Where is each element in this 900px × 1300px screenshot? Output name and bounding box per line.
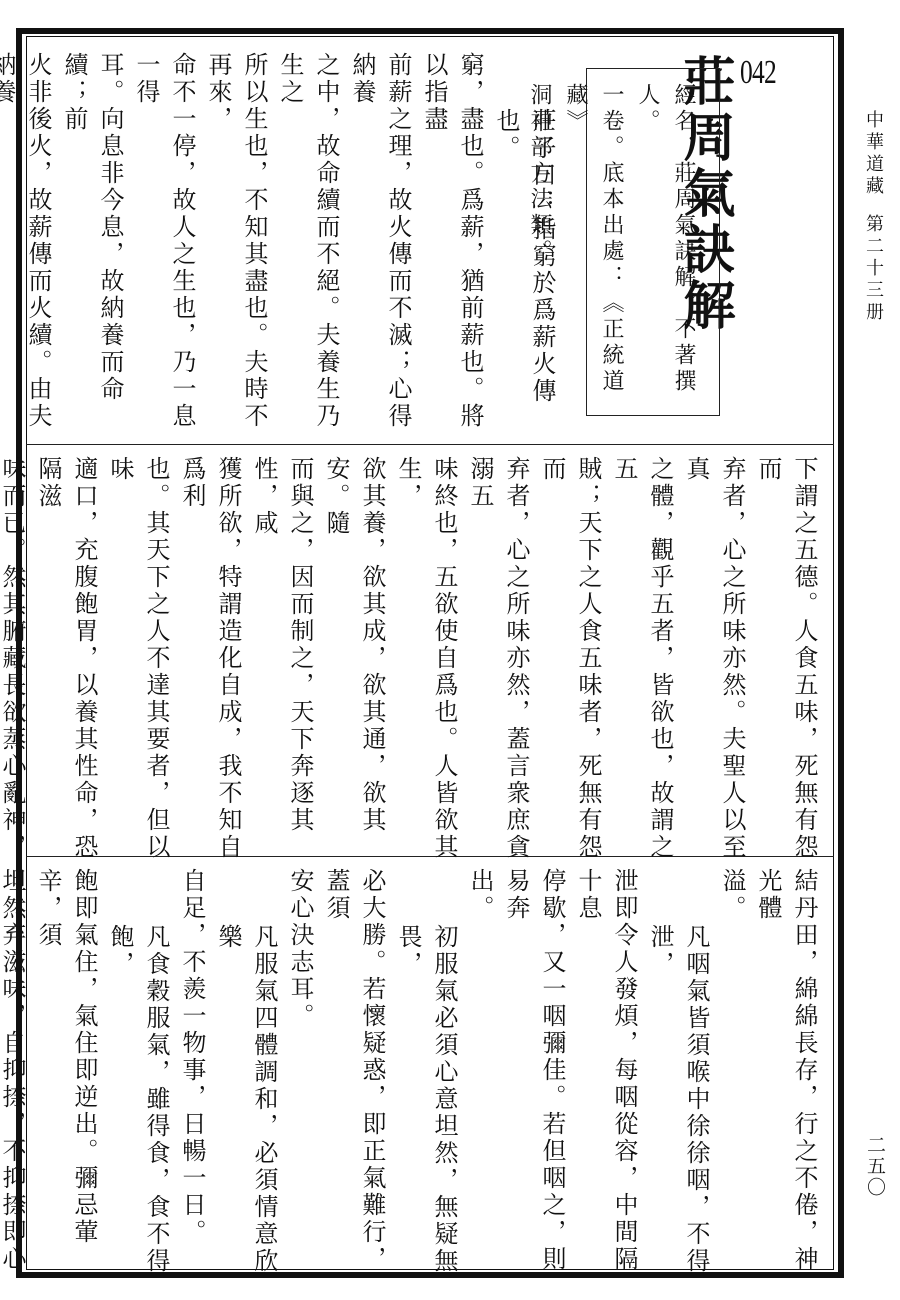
- text-column: 之中，故命續而不絕。夫養生乃生之: [272, 52, 344, 456]
- text-column: 溢。: [714, 868, 750, 1278]
- text-column: 弃者，心之所味亦然，蓋言衆庶貪溺五: [462, 456, 534, 864]
- info-line: 一卷。底本出處：《正統道藏》: [557, 83, 629, 415]
- section-1: 042 莊周氣訣解 經名：莊周氣訣解。不著撰人。 一卷。底本出處：《正統道藏》 …: [30, 40, 830, 444]
- text-column: 出。: [462, 868, 498, 1278]
- running-header: 中華道藏第二十三册: [860, 110, 886, 324]
- text-column: 味而已。然其腑藏長欲蒸心亂神，反: [0, 456, 30, 864]
- text-columns: 莊子曰：指窮於爲薪火傳也。窮，盡也。爲薪，猶前薪也。將以指盡前薪之理，故火傳而不…: [0, 52, 560, 456]
- volume-label: 第二十三册: [863, 214, 884, 324]
- text-column: 安心決志耳。: [282, 868, 318, 1278]
- text-column: 之體，觀乎五者，皆欲也，故謂之五: [606, 456, 678, 864]
- section-2: 下謂之五德。人食五味，死無有怨而弃者，心之所味亦然。夫聖人以至真之體，觀乎五者，…: [30, 446, 830, 854]
- text-column: 命不一停，故人之生也，乃一息一得: [128, 52, 200, 456]
- section-3: 結丹田，綿綿長存，行之不倦，神光體溢。凡咽氣皆須喉中徐徐咽，不得泄，泄即令人發煩…: [30, 858, 830, 1268]
- text-column: 欲其養，欲其成，欲其通，欲其安。隨: [318, 456, 390, 864]
- text-column: 下謂之五德。人食五味，死無有怨而: [750, 456, 822, 864]
- text-column: 凡咽氣皆須喉中徐徐咽，不得泄，: [642, 868, 714, 1278]
- text-column: 弃者，心之所味亦然。夫聖人以至真: [678, 456, 750, 864]
- text-column: 自足，不羨一物事，日暢一日。: [174, 868, 210, 1278]
- text-column: 也。其天下之人不達其要者，但以味: [102, 456, 174, 864]
- text-column: 初服氣必須心意坦然，無疑無畏，: [390, 868, 462, 1278]
- text-column: 必大勝。若懷疑惑，即正氣難行，蓋須: [318, 868, 390, 1278]
- text-column: 莊子曰：指窮於爲薪火傳也。: [488, 52, 560, 456]
- text-column: 火非後火，故薪傳而火續。由夫納養: [0, 52, 56, 456]
- text-column: 凡服氣四體調和，必須情意欣樂: [210, 868, 282, 1278]
- scripture-number: 042: [740, 54, 776, 92]
- info-line: 經名：莊周氣訣解。不著撰人。: [629, 83, 701, 415]
- text-column: 耳。向息非今息，故納養而命續；前: [56, 52, 128, 456]
- text-column: 適口，充腹飽胃，以養其性命，恐隔滋: [30, 456, 102, 864]
- page-number: 二五〇: [862, 1135, 889, 1198]
- text-column: 窮，盡也。爲薪，猶前薪也。將以指盡: [416, 52, 488, 456]
- text-column: 所以生也，不知其盡也。夫時不再來，: [200, 52, 272, 456]
- text-column: 賊；天下之人食五味者，死無有怨而: [534, 456, 606, 864]
- text-column: 飽即氣住，氣住即逆出。彌忌葷辛，須: [30, 868, 102, 1278]
- text-column: 結丹田，綿綿長存，行之不倦，神光體: [750, 868, 822, 1278]
- text-column: 而與之，因而制之，天下奔逐其性，咸: [246, 456, 318, 864]
- text-columns: 下謂之五德。人食五味，死無有怨而弃者，心之所味亦然。夫聖人以至真之體，觀乎五者，…: [0, 456, 822, 864]
- text-column: 味終也，五欲使自爲也。人皆欲其生，: [390, 456, 462, 864]
- text-column: 泄即令人發煩，每咽從容，中間隔十息: [570, 868, 642, 1278]
- scripture-info-box: 經名：莊周氣訣解。不著撰人。 一卷。底本出處：《正統道藏》 洞神部方法類。: [586, 68, 720, 416]
- text-column: 坦然弃滋味，自抑捺，不抑捺即心不: [0, 868, 30, 1278]
- collection-name: 中華道藏: [863, 110, 884, 198]
- text-column: 前薪之理，故火傳而不滅；心得納養: [344, 52, 416, 456]
- text-columns: 結丹田，綿綿長存，行之不倦，神光體溢。凡咽氣皆須喉中徐徐咽，不得泄，泄即令人發煩…: [0, 868, 822, 1278]
- text-column: 獲所欲，特謂造化自成，我不知自爲利: [174, 456, 246, 864]
- text-column: 停歇，又一咽彌佳。若但咽之，則易奔: [498, 868, 570, 1278]
- text-column: 凡食穀服氣，雖得食，食不得飽，: [102, 868, 174, 1278]
